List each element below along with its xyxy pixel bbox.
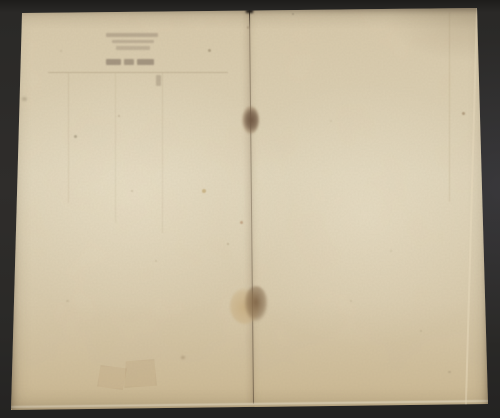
scan-stage — [0, 0, 500, 418]
paper-spread — [0, 0, 500, 418]
paper-edge-vignette — [11, 8, 488, 410]
